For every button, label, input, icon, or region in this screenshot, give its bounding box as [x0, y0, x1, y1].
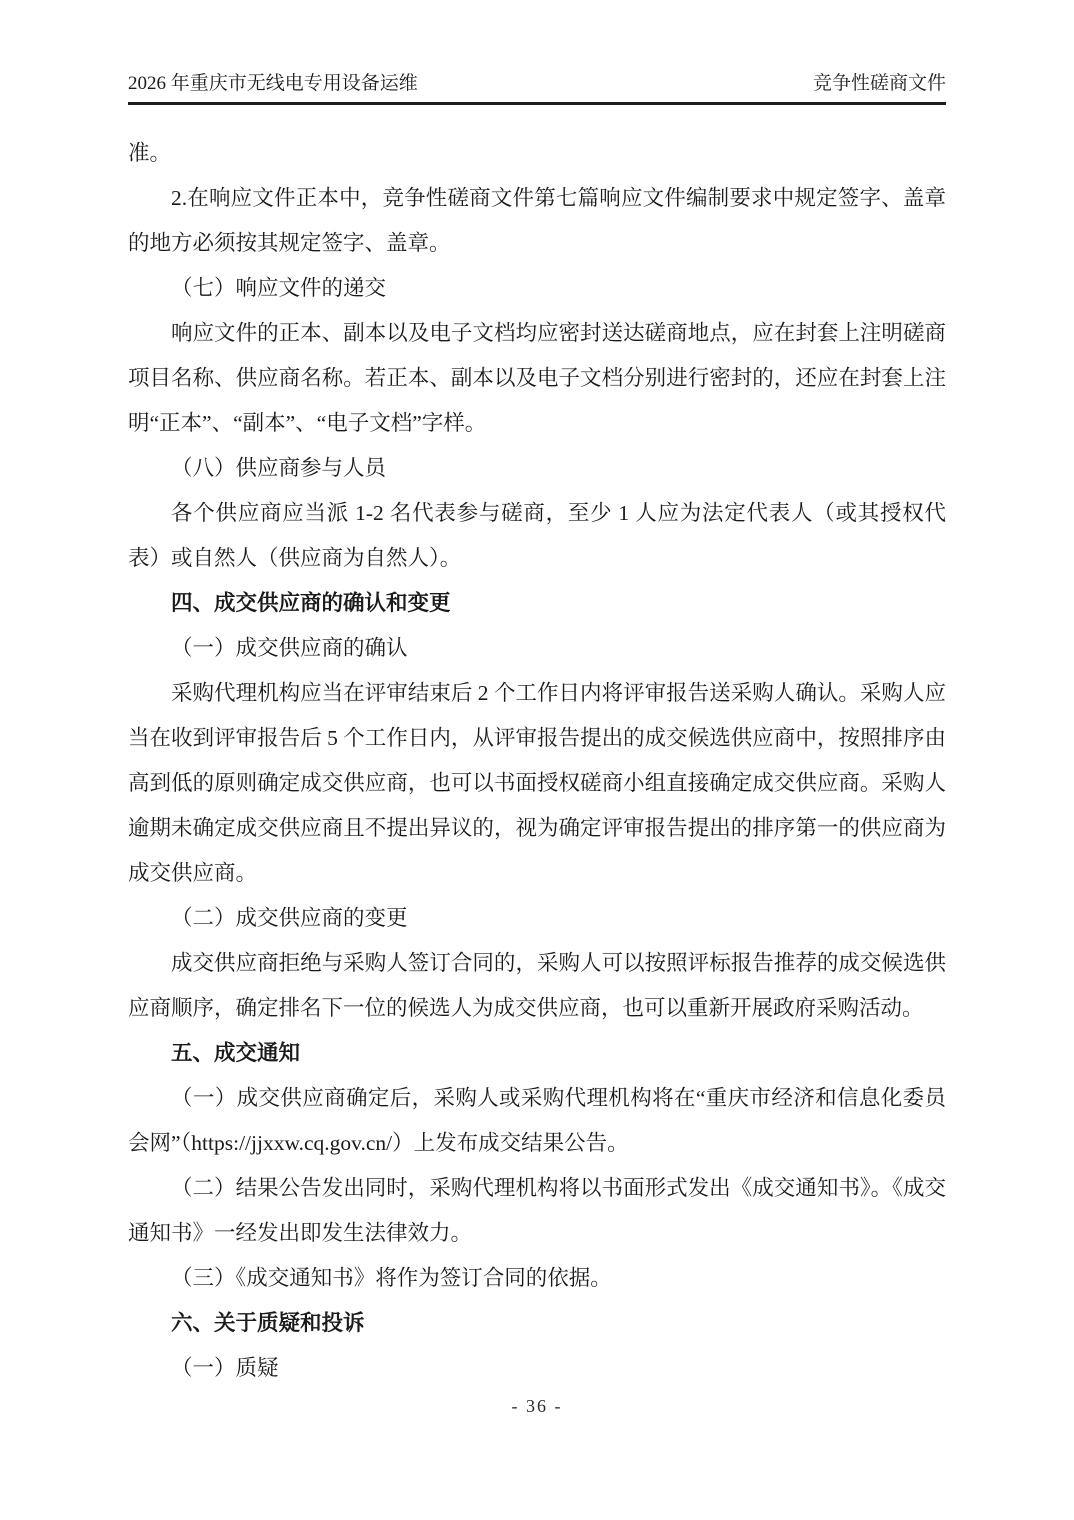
paragraph: （一）成交供应商确定后，采购人或采购代理机构将在“重庆市经济和信息化委员会网”（… [128, 1076, 946, 1166]
document-body: 准。 2.在响应文件正本中，竞争性磋商文件第七篇响应文件编制要求中规定签字、盖章… [128, 131, 946, 1391]
subheading-1-question: （一）质疑 [128, 1346, 946, 1391]
subheading-2: （二）成交供应商的变更 [128, 896, 946, 941]
header-rule: 2026 年重庆市无线电专用设备运维 竞争性磋商文件 [128, 72, 946, 105]
subheading-8: （八）供应商参与人员 [128, 446, 946, 491]
document-page: 2026 年重庆市无线电专用设备运维 竞争性磋商文件 准。 2.在响应文件正本中… [0, 0, 1074, 1520]
section-heading-4: 四、成交供应商的确认和变更 [128, 581, 946, 626]
section-heading-5: 五、成交通知 [128, 1031, 946, 1076]
header-left-title: 2026 年重庆市无线电专用设备运维 [128, 72, 418, 96]
paragraph: 采购代理机构应当在评审结束后 2 个工作日内将评审报告送采购人确认。采购人应当在… [128, 671, 946, 896]
paragraph: 成交供应商拒绝与采购人签订合同的，采购人可以按照评标报告推荐的成交候选供应商顺序… [128, 941, 946, 1031]
paragraph: （二）结果公告发出同时，采购代理机构将以书面形式发出《成交通知书》。《成交通知书… [128, 1166, 946, 1256]
page-header: 2026 年重庆市无线电专用设备运维 竞争性磋商文件 [128, 0, 946, 105]
subheading-7: （七）响应文件的递交 [128, 266, 946, 311]
page-footer: - 36 - [0, 1396, 1074, 1417]
paragraph: （三）《成交通知书》将作为签订合同的依据。 [128, 1256, 946, 1301]
paragraph-continuation: 准。 [128, 131, 946, 176]
subheading-1: （一）成交供应商的确认 [128, 626, 946, 671]
header-right-title: 竞争性磋商文件 [813, 72, 946, 96]
page-number: - 36 - [512, 1396, 563, 1416]
paragraph: 各个供应商应当派 1-2 名代表参与磋商，至少 1 人应为法定代表人（或其授权代… [128, 491, 946, 581]
paragraph: 响应文件的正本、副本以及电子文档均应密封送达磋商地点，应在封套上注明磋商项目名称… [128, 311, 946, 446]
paragraph: 2.在响应文件正本中，竞争性磋商文件第七篇响应文件编制要求中规定签字、盖章的地方… [128, 176, 946, 266]
section-heading-6: 六、关于质疑和投诉 [128, 1301, 946, 1346]
